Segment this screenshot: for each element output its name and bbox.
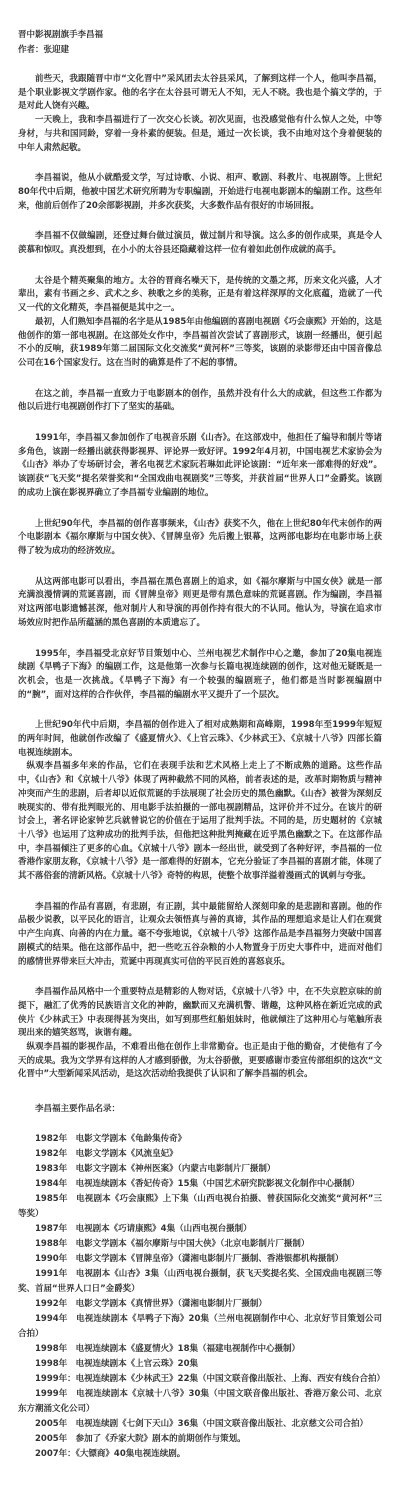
- article-paragraph: 从这两部电影可以看出，李昌福在黑色喜剧上的追求，如《福尔摩斯与中国女侠》就是一部…: [18, 576, 382, 631]
- article-paragraph: 1991年，李昌福又参加创作了电视音乐剧《山杏》。在这部戏中，他担任了编导和制片…: [18, 432, 382, 501]
- work-item: 1982年 电影文学剧本《龟龄集传奇》: [18, 1132, 382, 1147]
- article-paragraph: 李昌福的作品有喜剧，有悲剧，有正剧，其中最能留给人深刻印象的是悲剧和喜剧。他的作…: [18, 901, 382, 970]
- article-paragraph: 一天晚上，我和李昌福进行了一次交心长谈。初次见面，也没感觉他有什么惊人之处，中等…: [18, 114, 382, 155]
- author-line: 作者：张迎建: [18, 43, 382, 58]
- work-item: 2005年 电视连续剧《七剑下天山》36集（中国文联音像出版社、北京慈文公司合拍…: [18, 1417, 382, 1432]
- article-paragraph: 前些天，我跟随晋中市“文化晋中”采风团去太谷县采风，了解到这样一个人，他叫李昌福…: [18, 73, 382, 114]
- article-paragraph: 上世纪90年代，李昌福的创作喜事频来，《山杏》获奖不久，他在上世纪80年代末创作…: [18, 518, 382, 559]
- work-item: 1988年 电影文学剧本《福尔摩斯与中国大侠》（北京电影制片厂摄制）: [18, 1237, 382, 1252]
- work-item: 1987年 电视剧本《巧请康熙》4集（山西电视台摄制）: [18, 1222, 382, 1237]
- work-item: 1985年 电视剧本《巧会康熙》上下集（山西电视台拍摄、曾获国际化交流奖“黄河杯…: [18, 1192, 382, 1222]
- work-item: 2007年：《大镖商》40集电视连续剧。: [18, 1447, 382, 1462]
- work-item: 1992年 电影文学剧本《真情世界》（潇湘电影制片厂摄制）: [18, 1297, 382, 1312]
- work-item: 1991年 电视剧本《山杏》3集（山西电视台摄制，获飞天奖提名奖、全国戏曲电视剧…: [18, 1267, 382, 1297]
- work-item: 1990年 电影文学剧本《冒牌皇帝》（潇湘电影制片厂摄制、香港银都机构摄制）: [18, 1252, 382, 1267]
- article-paragraph: 李昌福说，他从小就酷爱文学，写过诗歌、小说、相声、歌剧、科教片、电视剧等。上世纪…: [18, 172, 382, 213]
- work-item: 1994年 电视连续剧本《旱鸭子下海》20集（兰州电视剧制作中心、北京好节目策划…: [18, 1312, 382, 1342]
- article-paragraph: 上世纪90年代中后期，李昌福的创作进入了相对成熟期和高峰期，1998年至1999…: [18, 719, 382, 760]
- article-page: 晋中影视剧旗手李昌福 作者：张迎建 前些天，我跟随晋中市“文化晋中”采风团去太谷…: [0, 0, 400, 1492]
- work-item: 1984年 电视连续剧本《香妃传奇》15集（中国艺术研究院影视文化制作中心摄制）: [18, 1177, 382, 1192]
- work-item: 1982年 电影文学剧本《风流皇妃》: [18, 1147, 382, 1162]
- work-item: 1998年 电视连续剧本《盛夏情火》18集（福建电视制作中心摄制）: [18, 1342, 382, 1357]
- article-paragraph: 1995年，李昌福受北京好节目策划中心、兰州电视艺术制作中心之邀，参加了20集电…: [18, 648, 382, 703]
- work-item: 1999年 电视连续剧本《京城十八爷》30集（中国文联音像出版社、香港万象公司、…: [18, 1387, 382, 1417]
- article-paragraph: 李昌福作品风格中一个重要特点是精彩的人物对话，《京城十八爷》中，在不失京腔京味的…: [18, 986, 382, 1041]
- article-paragraph: 纵观李昌福的影视作品，不难看出他在创作上非常勤奋。也正是由于他的勤奋，才使他有了…: [18, 1041, 382, 1082]
- article-paragraph: 最初，人们熟知李昌福的名字是从1985年由他编剧的喜剧电视剧《巧会康熙》开始的，…: [18, 316, 382, 371]
- article-paragraph: 在这之前，李昌福一直致力于电影剧本的创作，虽然并没有什么大的成就，但这些工作都为…: [18, 388, 382, 415]
- article-paragraph: 太谷是个精英聚集的地方。太谷的晋商名噪天下，是传统的文墨之邦，历来文化兴盛，人才…: [18, 275, 382, 316]
- article-paragraph: 李昌福不仅做编剧，还登过舞台做过演员，做过制片和导演。这么多的创作成果，真是令人…: [18, 230, 382, 257]
- work-item: 1983年 电影文字剧本《神州医案》（内蒙古电影制片厂摄制）: [18, 1162, 382, 1177]
- page-title: 晋中影视剧旗手李昌福: [18, 28, 382, 43]
- works-list-heading: 李昌福主要作品名录：: [18, 1102, 382, 1117]
- work-item: 1998年 电视连续剧本《上官云珠》20集: [18, 1357, 382, 1372]
- work-item: 1999年：电视连续剧本《少林武王》22集（中国文联音像出版社、上海、西安有线台…: [18, 1372, 382, 1387]
- work-item: 2005年 参加了《乔家大院》剧本的前期创作与策划。: [18, 1432, 382, 1447]
- article-paragraph: 纵观李昌福多年来的作品，它们在表现手法和艺术风格上走上了不断成熟的道路。这些作品…: [18, 760, 382, 883]
